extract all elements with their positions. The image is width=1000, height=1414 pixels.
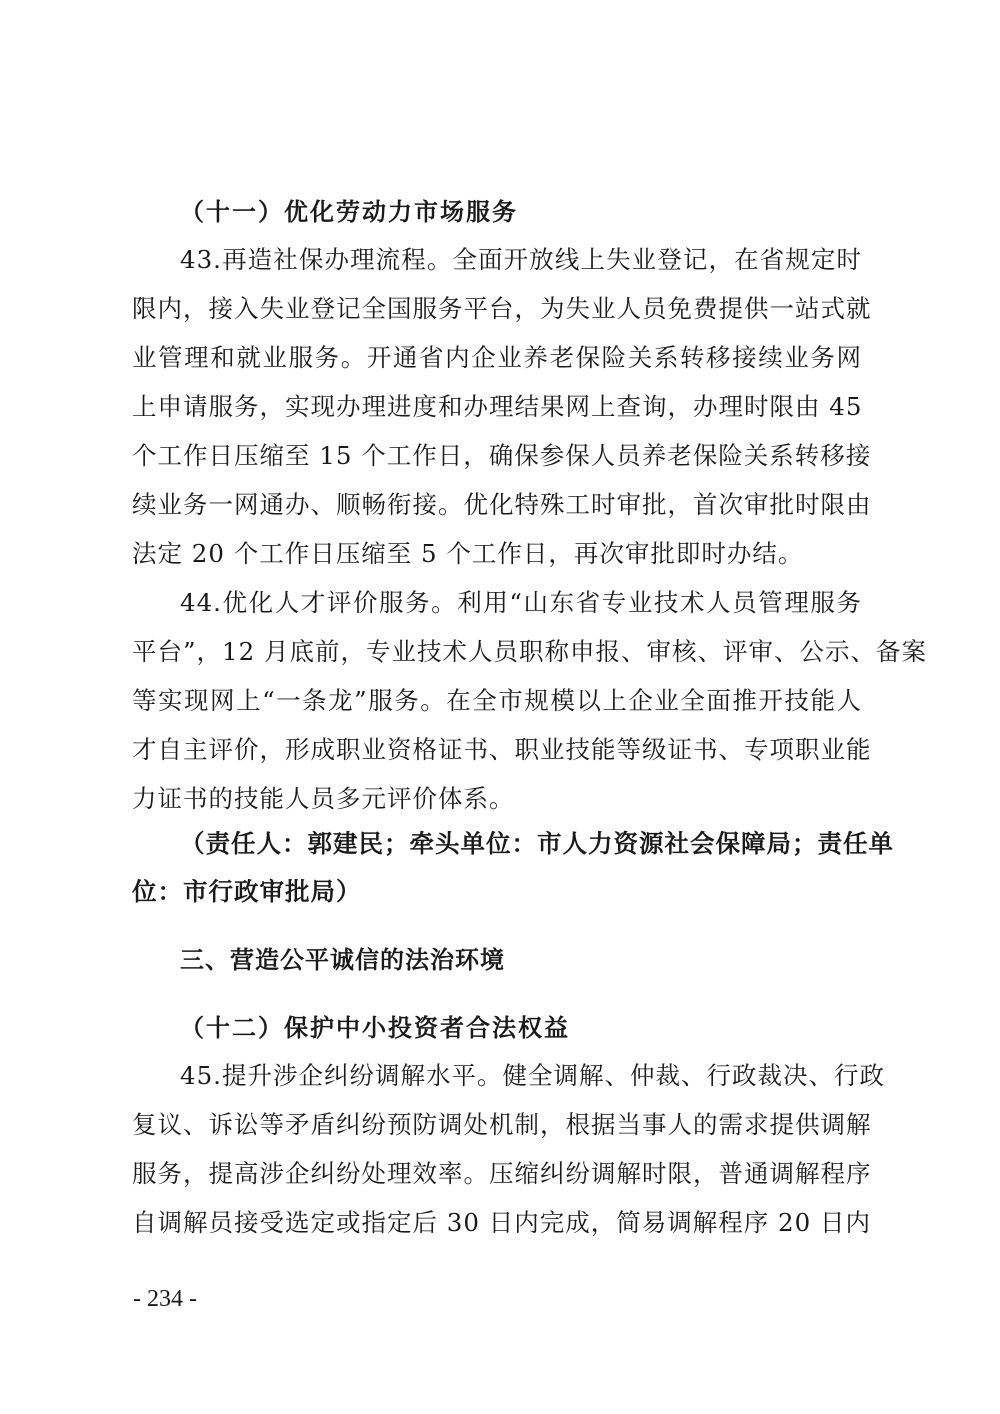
paragraph-45-line-2: 复议、诉讼等矛盾纠纷预防调处机制，根据当事人的需求提供调解: [132, 1110, 862, 1140]
paragraph-45-line-3: 服务，提高涉企纠纷处理效率。压缩纠纷调解时限，普通调解程序: [132, 1159, 862, 1189]
document-page: （十一）优化劳动力市场服务 43.再造社保办理流程。全面开放线上失业登记，在省规…: [0, 0, 1000, 1414]
paragraph-43-line-6: 续业务一网通办、顺畅衔接。优化特殊工时审批，首次审批时限由: [132, 490, 862, 520]
paragraph-43-line-2: 限内，接入失业登记全国服务平台，为失业人员免费提供一站式就: [132, 294, 862, 324]
paragraph-45-line-1: 45.提升涉企纠纷调解水平。健全调解、仲裁、行政裁决、行政: [180, 1061, 862, 1091]
paragraph-44-line-1: 44.优化人才评价服务。利用“山东省专业技术人员管理服务: [180, 588, 862, 618]
paragraph-43-line-5: 个工作日压缩至 15 个工作日，确保参保人员养老保险关系转移接: [132, 441, 862, 471]
paragraph-43-line-3: 业管理和就业服务。开通省内企业养老保险关系转移接续业务网: [132, 343, 862, 373]
paragraph-44-line-5: 力证书的技能人员多元评价体系。: [132, 784, 862, 814]
page-number: - 234 -: [133, 1284, 197, 1314]
paragraph-43-line-1: 43.再造社保办理流程。全面开放线上失业登记，在省规定时: [180, 245, 862, 275]
paragraph-44-line-2: 平台”，12 月底前，专业技术人员职称申报、审核、评审、公示、备案: [132, 637, 862, 667]
paragraph-43-line-4: 上申请服务，实现办理进度和办理结果网上查询，办理时限由 45: [132, 392, 862, 422]
paragraph-44-line-3: 等实现网上“一条龙”服务。在全市规模以上企业全面推开技能人: [132, 686, 862, 716]
paragraph-43-line-7: 法定 20 个工作日压缩至 5 个工作日，再次审批即时办结。: [132, 539, 862, 569]
responsibility-line-2: 位：市行政审批局）: [132, 877, 862, 907]
paragraph-44-line-4: 才自主评价，形成职业资格证书、职业技能等级证书、专项职业能: [132, 735, 862, 765]
responsibility-line-1: （责任人：郭建民；牵头单位：市人力资源社会保障局；责任单: [180, 829, 862, 859]
section-heading-11: （十一）优化劳动力市场服务: [180, 197, 518, 227]
paragraph-45-line-4: 自调解员接受选定或指定后 30 日内完成，简易调解程序 20 日内: [132, 1208, 862, 1238]
chapter-heading-3: 三、营造公平诚信的法治环境: [180, 945, 505, 975]
section-heading-12: （十二）保护中小投资者合法权益: [180, 1013, 570, 1043]
